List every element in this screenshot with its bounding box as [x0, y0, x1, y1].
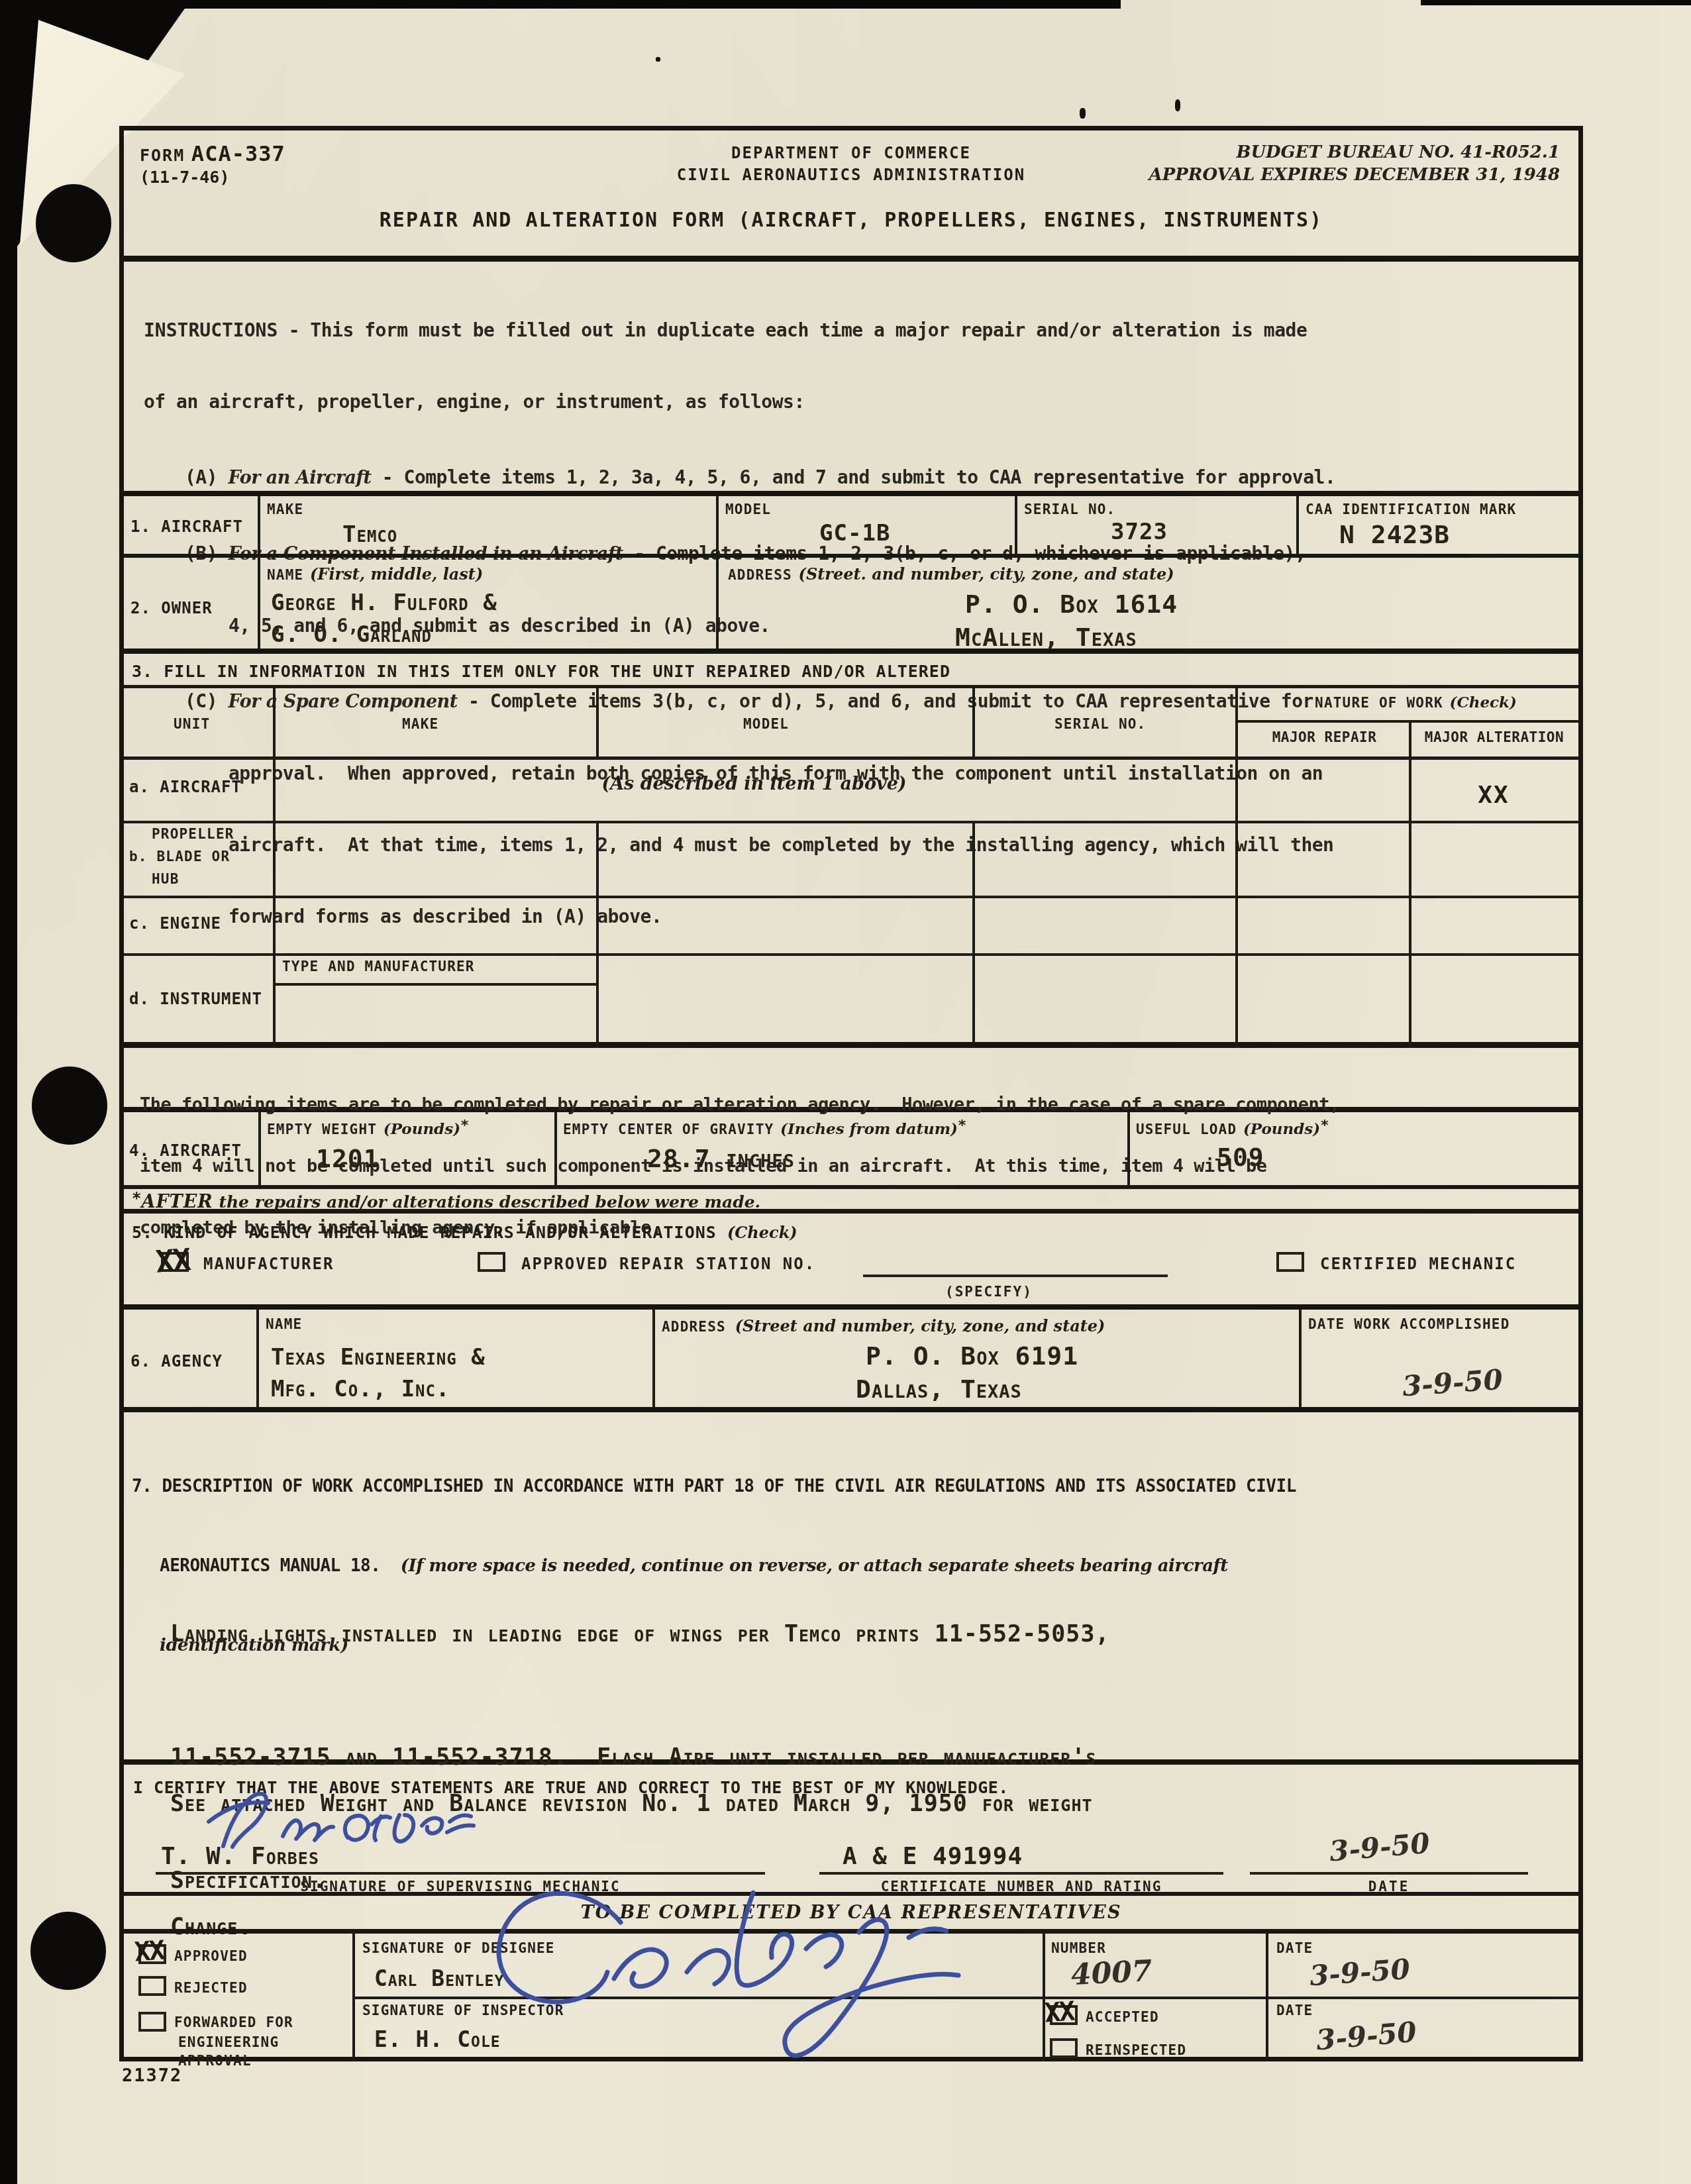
caa-id-value: N 2423B	[1339, 520, 1450, 549]
certify-date-label: DATE	[1250, 1879, 1528, 1895]
hole-punch-top	[36, 184, 111, 262]
budget-bureau-block: BUDGET BUREAU NO. 41-R052.1 APPROVAL EXP…	[1149, 141, 1560, 186]
instruction-item-a: (A) For an Aircraft - Complete items 1, …	[185, 466, 1578, 490]
owner-address-line2: McAllen, Texas	[955, 623, 1137, 652]
certify-date-value: 3-9-50	[1328, 1826, 1431, 1867]
item1-aircraft-row: 1. AIRCRAFT MAKE Temco MODEL GC-1B SERIA…	[124, 496, 1578, 558]
certificate-number-line	[819, 1872, 1223, 1875]
item3-table: UNIT MAKE MODEL SERIAL NO. NATURE OF WOR…	[124, 688, 1578, 1048]
form-revision: (11-7-46)	[140, 168, 285, 187]
name-label-italic: (First, middle, last)	[310, 564, 483, 584]
date1-value: 3-9-50	[1308, 1953, 1411, 1992]
repair-alteration-form: FORM ACA-337 (11-7-46) DEPARTMENT OF COM…	[119, 126, 1583, 2061]
forwarded-label-line1: FORWARDED FOR	[174, 2014, 293, 2030]
col-major-alteration: MAJOR ALTERATION	[1410, 729, 1578, 745]
item5-heading: 5. KIND OF AGENCY WHICH MADE REPAIRS AND…	[132, 1223, 797, 1242]
serial-value: 3723	[1111, 519, 1168, 545]
designee-typed-name: Carl Bentley	[374, 1965, 504, 1991]
row-b-line1: PROPELLER	[152, 826, 234, 842]
col-model: MODEL	[743, 716, 789, 732]
agency-address-label-text: ADDRESS	[662, 1319, 735, 1335]
useful-load-value: 509	[1217, 1143, 1264, 1172]
inspector-signature-label: SIGNATURE OF INSPECTOR	[362, 2002, 564, 2018]
hole-punch-middle	[32, 1066, 107, 1145]
item4-aircraft-row: 4. AIRCRAFT EMPTY WEIGHT (Pounds)* 1201 …	[124, 1112, 1578, 1189]
item3-table-header: UNIT MAKE MODEL SERIAL NO. NATURE OF WOR…	[124, 688, 1578, 760]
accepted-check-mark: XX	[1043, 1997, 1074, 2029]
agency-address-line1: P. O. Box 6191	[866, 1341, 1078, 1371]
approved-check-mark: XX	[133, 1936, 164, 1968]
ink-speck	[1175, 99, 1180, 111]
administration-line: CIVIL AERONAUTICS ADMINISTRATION	[677, 164, 1025, 186]
certified-mechanic-label: CERTIFIED MECHANIC	[1320, 1255, 1516, 1273]
nature-check-italic: (Check)	[1450, 694, 1517, 711]
item1-label: 1. AIRCRAFT	[130, 517, 243, 536]
caa-band: TO BE COMPLETED BY CAA REPRESENTATIVES	[124, 1896, 1578, 1934]
owner-address-label: ADDRESS (Street. and number, city, zone,…	[728, 564, 1174, 584]
certify-date-line	[1250, 1872, 1528, 1875]
weight-label-text: EMPTY WEIGHT	[267, 1121, 377, 1137]
instructions-intro-line2: of an aircraft, propeller, engine, or in…	[144, 390, 1578, 414]
form-header: FORM ACA-337 (11-7-46) DEPARTMENT OF COM…	[124, 130, 1578, 262]
make-label: MAKE	[267, 501, 303, 517]
agency-name-block: DEPARTMENT OF COMMERCE CIVIL AERONAUTICS…	[677, 142, 1025, 186]
address-label: ADDRESS	[728, 567, 792, 583]
date2-label: DATE	[1276, 2002, 1313, 2018]
forwarded-label-line3: APPROVAL	[178, 2053, 252, 2069]
row-engine: c. ENGINE	[124, 896, 1578, 956]
agency-name-line1: Texas Engineering &	[271, 1344, 486, 1371]
row-b-line3: HUB	[152, 871, 179, 887]
certificate-number-label: CERTIFICATE NUMBER AND RATING	[819, 1879, 1223, 1895]
instructions-heading: INSTRUCTIONS	[144, 319, 278, 341]
empty-weight-label: EMPTY WEIGHT (Pounds)*	[267, 1118, 469, 1138]
row-d-sub-label: TYPE AND MANUFACTURER	[282, 959, 475, 974]
agency-address-line2: Dallas, Texas	[856, 1375, 1022, 1404]
load-label-italic: (Pounds)	[1243, 1120, 1320, 1138]
item6-agency-row: 6. AGENCY NAME Texas Engineering & Mfg. …	[124, 1310, 1578, 1412]
date-work-label: DATE WORK ACCOMPLISHED	[1308, 1316, 1510, 1332]
manufacturer-check-mark: XX	[154, 1241, 191, 1279]
form-number-block: FORM ACA-337 (11-7-46)	[140, 141, 285, 187]
item2-owner-row: 2. OWNER NAME (First, middle, last) Geor…	[124, 558, 1578, 654]
certify-statement: I CERTIFY THAT THE ABOVE STATEMENTS ARE …	[133, 1778, 1009, 1797]
type-manufacturer-subbox: TYPE AND MANUFACTURER	[276, 953, 596, 986]
forwarded-label-line2: ENGINEERING	[178, 2034, 279, 2050]
item6-label: 6. AGENCY	[130, 1352, 223, 1371]
certified-mechanic-checkbox	[1276, 1252, 1304, 1272]
scan-edge-top-right	[1421, 0, 1691, 5]
row-propeller: PROPELLER b. BLADE OR HUB	[124, 821, 1578, 898]
work-line1: Landing lights installed in leading edge…	[170, 1614, 1110, 1655]
item-a-label: (A)	[185, 466, 217, 488]
repair-station-checkbox	[478, 1252, 505, 1272]
rejected-checkbox	[138, 1976, 166, 1996]
certificate-number-value: A & E 491994	[843, 1843, 1023, 1870]
col-serial: SERIAL NO.	[1054, 716, 1146, 732]
after-rest: the repairs and/or alterations described…	[213, 1192, 761, 1212]
date-work-value: 3-9-50	[1401, 1363, 1504, 1402]
after-asterisk: *	[132, 1189, 141, 1208]
ink-speck	[1080, 108, 1086, 119]
form-number: ACA-337	[191, 141, 285, 166]
item3-bar-text: 3. FILL IN INFORMATION IN THIS ITEM ONLY…	[132, 662, 950, 681]
item7-head-line1: 7. DESCRIPTION OF WORK ACCOMPLISHED IN A…	[132, 1473, 1296, 1500]
load-label-text: USEFUL LOAD	[1136, 1121, 1237, 1137]
date1-label: DATE	[1276, 1940, 1313, 1956]
agency-name-label: NAME	[266, 1316, 302, 1332]
item7-description: 7. DESCRIPTION OF WORK ACCOMPLISHED IN A…	[124, 1412, 1578, 1765]
cg-label-text: EMPTY CENTER OF GRAVITY	[563, 1121, 774, 1137]
item-a-title: For an Aircraft	[228, 468, 371, 488]
load-asterisk: *	[1320, 1118, 1329, 1134]
cg-value: 28.7 inches	[647, 1144, 795, 1173]
name-label: NAME	[267, 567, 303, 583]
manufacturer-label: MANUFACTURER	[203, 1255, 334, 1273]
nature-of-work-label: NATURE OF WORK	[1315, 695, 1443, 711]
agency-address-label-italic: (Street and number, city, zone, and stat…	[735, 1316, 1105, 1335]
reinspected-checkbox	[1050, 2038, 1078, 2058]
row-b-line2: b. BLADE OR	[129, 849, 230, 864]
specify-label: (SPECIFY)	[945, 1284, 1033, 1300]
budget-bureau-line: BUDGET BUREAU NO. 41-R052.1	[1149, 141, 1560, 164]
item3-header-bar: 3. FILL IN INFORMATION IN THIS ITEM ONLY…	[124, 654, 1578, 688]
useful-load-label: USEFUL LOAD (Pounds)*	[1136, 1118, 1329, 1138]
spare-component-note: The following items are to be completed …	[124, 1048, 1578, 1112]
caa-id-label: CAA IDENTIFICATION MARK	[1306, 501, 1516, 517]
weight-label-italic: (Pounds)	[384, 1120, 460, 1138]
col-make: MAKE	[402, 716, 438, 732]
row-d-label: d. INSTRUMENT	[129, 990, 262, 1008]
row-a-span-note: (As described in item 1 above)	[273, 774, 1235, 794]
rejected-label: REJECTED	[174, 1980, 248, 1996]
col-unit: UNIT	[174, 716, 210, 732]
item-a-text: - Complete items 1, 2, 3a, 4, 5, 6, and …	[371, 466, 1335, 488]
inspector-typed-name: E. H. Cole	[374, 2026, 501, 2052]
instructions-intro-rest: - This form must be filled out in duplic…	[278, 319, 1307, 341]
owner-name-line1: George H. Fulford &	[271, 590, 497, 616]
after-note-row: *AFTER the repairs and/or alterations de…	[124, 1189, 1578, 1214]
row-c-label: c. ENGINE	[129, 914, 221, 933]
accepted-label: ACCEPTED	[1086, 2009, 1159, 2025]
row-aircraft: a. AIRCRAFT (As described in item 1 abov…	[124, 756, 1578, 823]
serial-label: SERIAL NO.	[1024, 501, 1115, 517]
item5-heading-text: 5. KIND OF AGENCY WHICH MADE REPAIRS AND…	[132, 1223, 727, 1242]
cg-asterisk: *	[958, 1118, 966, 1134]
row-a-label: a. AIRCRAFT	[129, 778, 242, 796]
caa-band-title: TO BE COMPLETED BY CAA REPRESENTATIVES	[581, 1902, 1122, 1923]
agency-name-line2: Mfg. Co., Inc.	[271, 1376, 450, 1402]
approval-expires-line: APPROVAL EXPIRES DECEMBER 31, 1948	[1149, 164, 1560, 186]
designee-signature-label: SIGNATURE OF DESIGNEE	[362, 1940, 555, 1956]
number-value: 4007	[1070, 1954, 1153, 1992]
department-line: DEPARTMENT OF COMMERCE	[677, 142, 1025, 164]
date2-value: 3-9-50	[1315, 2015, 1417, 2056]
item5-agency-kind: 5. KIND OF AGENCY WHICH MADE REPAIRS AND…	[124, 1214, 1578, 1310]
approved-label: APPROVED	[174, 1948, 248, 1964]
forwarded-checkbox	[138, 2012, 166, 2032]
ink-speck	[656, 57, 660, 62]
item4-label: 4. AIRCRAFT	[129, 1141, 242, 1160]
model-value: GC-1B	[819, 520, 890, 546]
after-bold: AFTER	[141, 1192, 213, 1212]
reinspected-label: REINSPECTED	[1086, 2042, 1186, 2058]
row-a-major-alteration-mark: XX	[1409, 782, 1578, 809]
cg-label-italic: (Inches from datum)	[780, 1120, 958, 1138]
mechanic-signature-label: SIGNATURE OF SUPERVISING MECHANIC	[156, 1879, 765, 1895]
model-label: MODEL	[725, 501, 771, 517]
form-title: REPAIR AND ALTERATION FORM (AIRCRAFT, PR…	[380, 209, 1323, 232]
repair-station-number-line	[863, 1274, 1168, 1277]
item2-label: 2. OWNER	[130, 599, 213, 617]
caa-representatives-table: XX APPROVED REJECTED FORWARDED FOR ENGIN…	[124, 1934, 1578, 2061]
instructions-section: INSTRUCTIONS - This form must be filled …	[124, 262, 1578, 496]
cg-label: EMPTY CENTER OF GRAVITY (Inches from dat…	[563, 1118, 966, 1138]
after-note: *AFTER the repairs and/or alterations de…	[132, 1189, 760, 1212]
mechanic-signature-line	[156, 1872, 765, 1875]
number-label: NUMBER	[1051, 1940, 1106, 1956]
instructions-intro-line1: INSTRUCTIONS - This form must be filled …	[144, 319, 1578, 342]
scan-edge-top	[0, 0, 1121, 9]
col-major-repair: MAJOR REPAIR	[1240, 729, 1409, 745]
empty-weight-value: 1201	[316, 1144, 380, 1173]
address-label-italic: (Street. and number, city, zone, and sta…	[799, 564, 1174, 584]
owner-address-line1: P. O. Box 1614	[965, 590, 1178, 619]
make-value: Temco	[342, 521, 397, 548]
repair-station-label: APPROVED REPAIR STATION NO.	[521, 1255, 815, 1273]
owner-name-label: NAME (First, middle, last)	[267, 564, 483, 584]
certification-section: I CERTIFY THAT THE ABOVE STATEMENTS ARE …	[124, 1765, 1578, 1896]
hole-punch-bottom	[30, 1912, 106, 1990]
weight-asterisk: *	[460, 1118, 469, 1134]
form-label: FORM	[140, 146, 185, 165]
agency-address-label: ADDRESS (Street and number, city, zone, …	[662, 1316, 1105, 1335]
sheet-number: 21372	[122, 2065, 182, 2086]
owner-name-line2: G. O. Garland	[271, 621, 432, 648]
mechanic-typed-name: T. W. Forbes	[161, 1843, 319, 1870]
item5-heading-italic: (Check)	[727, 1223, 797, 1242]
col-nature: NATURE OF WORK (Check)	[1253, 694, 1578, 711]
row-instrument: TYPE AND MANUFACTURER d. INSTRUMENT	[124, 953, 1578, 1048]
